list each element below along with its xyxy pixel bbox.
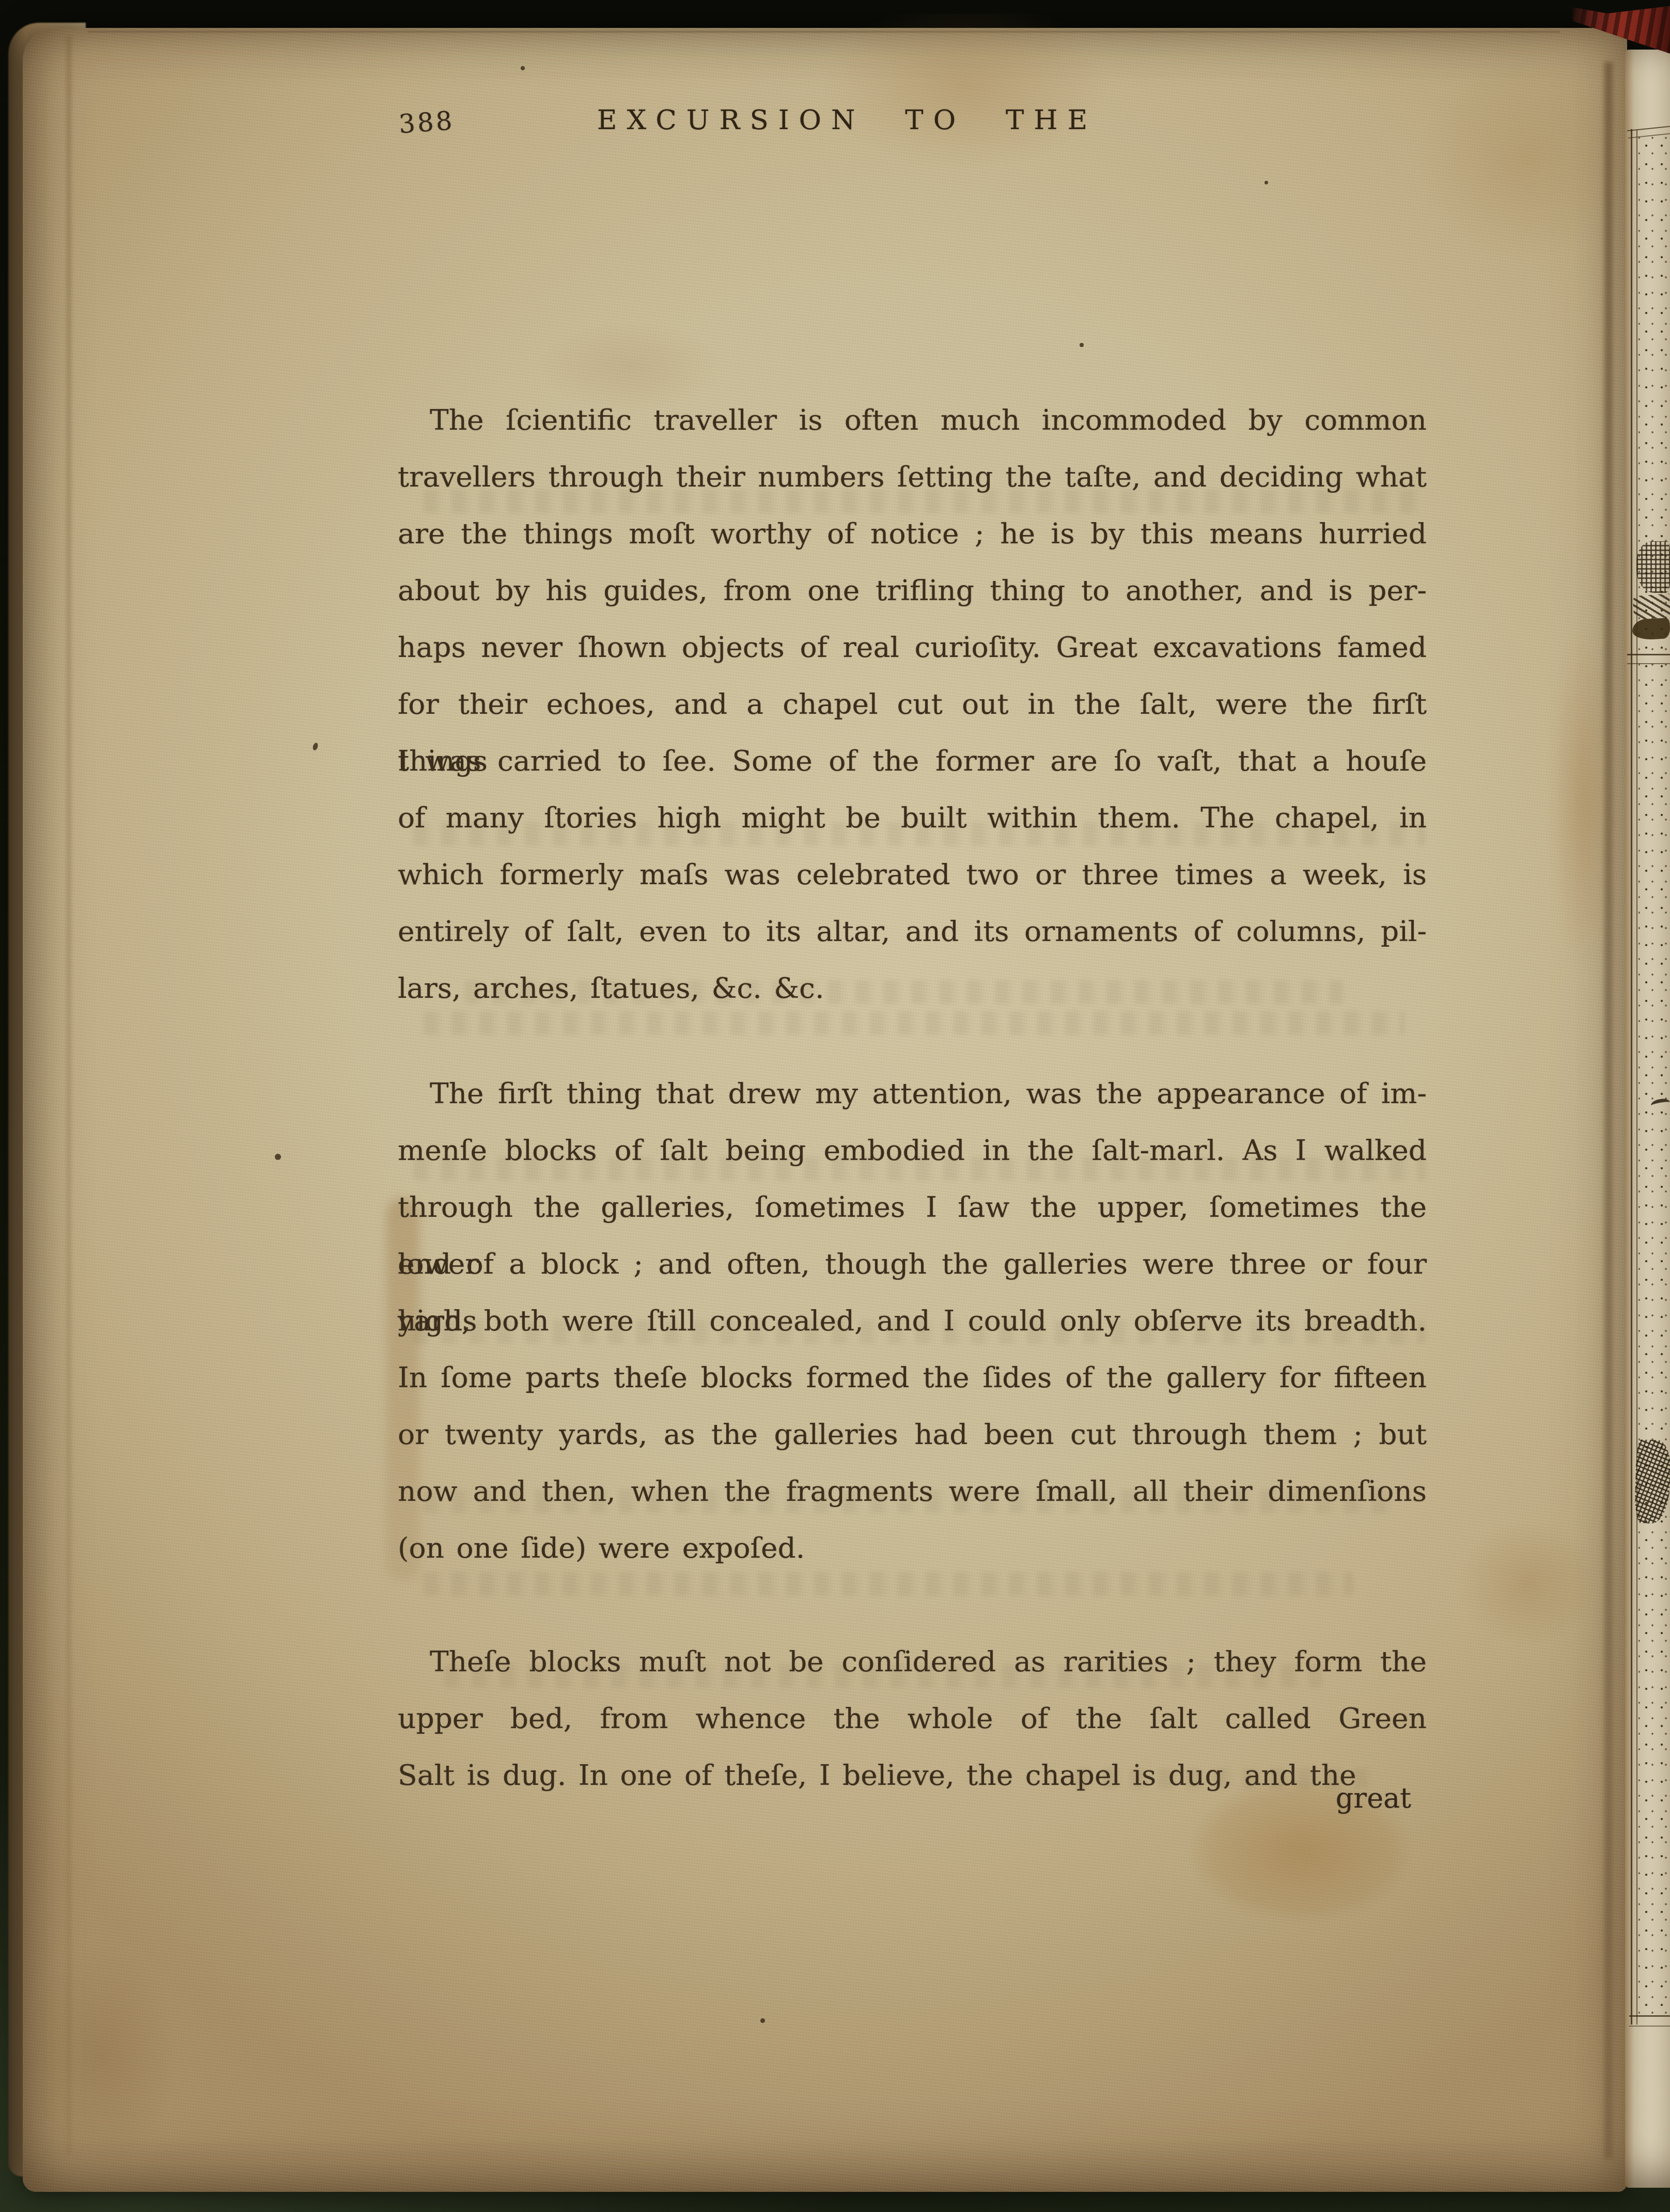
text-line: through the galleries, ſometimes I ſaw t… — [398, 1179, 1427, 1235]
text-line: of many ſtories high might be built with… — [398, 789, 1427, 846]
text-line: entirely of ſalt, even to its altar, and… — [398, 903, 1427, 960]
plate-border — [1636, 130, 1637, 2025]
text-line: The firſt thing that drew my attention, … — [398, 1065, 1427, 1122]
text-line: lars, arches, ſtatues, &c. &c. — [398, 960, 1427, 1016]
plate-rule-line — [1629, 2015, 1670, 2017]
plate-rule-line — [1629, 2026, 1670, 2027]
text-line: Theſe blocks muſt not be conſidered as r… — [398, 1633, 1427, 1690]
text-line: for their echoes, and a chapel cut out i… — [398, 676, 1427, 732]
plate-engraving-detail — [1636, 541, 1670, 593]
text-line: (on one ſide) were expoſed. — [398, 1519, 1427, 1576]
text-line: or twenty yards, as the galleries had be… — [398, 1406, 1427, 1463]
text-line: upper bed, from whence the whole of the … — [398, 1690, 1427, 1747]
catchword: great — [398, 1783, 1411, 1814]
plate-rule-line — [1627, 654, 1670, 655]
plate-engraving-detail — [1634, 1439, 1670, 1524]
plate-rule-line — [1627, 663, 1670, 664]
running-header: EXCURSION TO THE — [434, 104, 1260, 136]
text-line: The ſcientific traveller is often much i… — [398, 391, 1427, 448]
ink-speck — [275, 1154, 281, 1160]
paragraph: The ſcientific traveller is often much i… — [398, 391, 1427, 1016]
plate-stipple-engraving — [1638, 136, 1670, 2016]
text-line: I was carried to ſee. Some of the former… — [398, 732, 1427, 789]
text-line: now and then, when the fragments were ſm… — [398, 1463, 1427, 1519]
text-line: menſe blocks of ſalt being embodied in t… — [398, 1122, 1427, 1179]
paper-crease — [66, 36, 71, 2154]
text-line: end of a block ; and often, though the g… — [398, 1235, 1427, 1292]
text-line: haps never ſhown objects of real curioſi… — [398, 619, 1427, 676]
text-line: In ſome parts theſe blocks formed the ſi… — [398, 1349, 1427, 1406]
plate-engraving-detail — [1632, 618, 1670, 640]
paragraph: Theſe blocks muſt not be conſidered as r… — [398, 1633, 1427, 1803]
text-line: high, both were ſtill concealed, and I c… — [398, 1292, 1427, 1349]
gutter-shadow — [1604, 62, 1613, 2159]
running-head-row: 388 EXCURSION TO THE — [398, 104, 1427, 140]
plate-border — [1631, 129, 1632, 2025]
book-photograph: 388 EXCURSION TO THE The ſcientific trav… — [0, 0, 1670, 2212]
text-line: which formerly maſs was celebrated two o… — [398, 846, 1427, 903]
text-line: about by his guides, from one trifling t… — [398, 562, 1427, 619]
paragraph: The firſt thing that drew my attention, … — [398, 1065, 1427, 1576]
text-line: travellers through their numbers ſetting… — [398, 448, 1427, 505]
text-line: are the things moſt worthy of notice ; h… — [398, 505, 1427, 562]
text-block: 388 EXCURSION TO THE The ſcientific trav… — [398, 0, 1427, 2212]
plate-engraving-detail — [1632, 594, 1670, 620]
